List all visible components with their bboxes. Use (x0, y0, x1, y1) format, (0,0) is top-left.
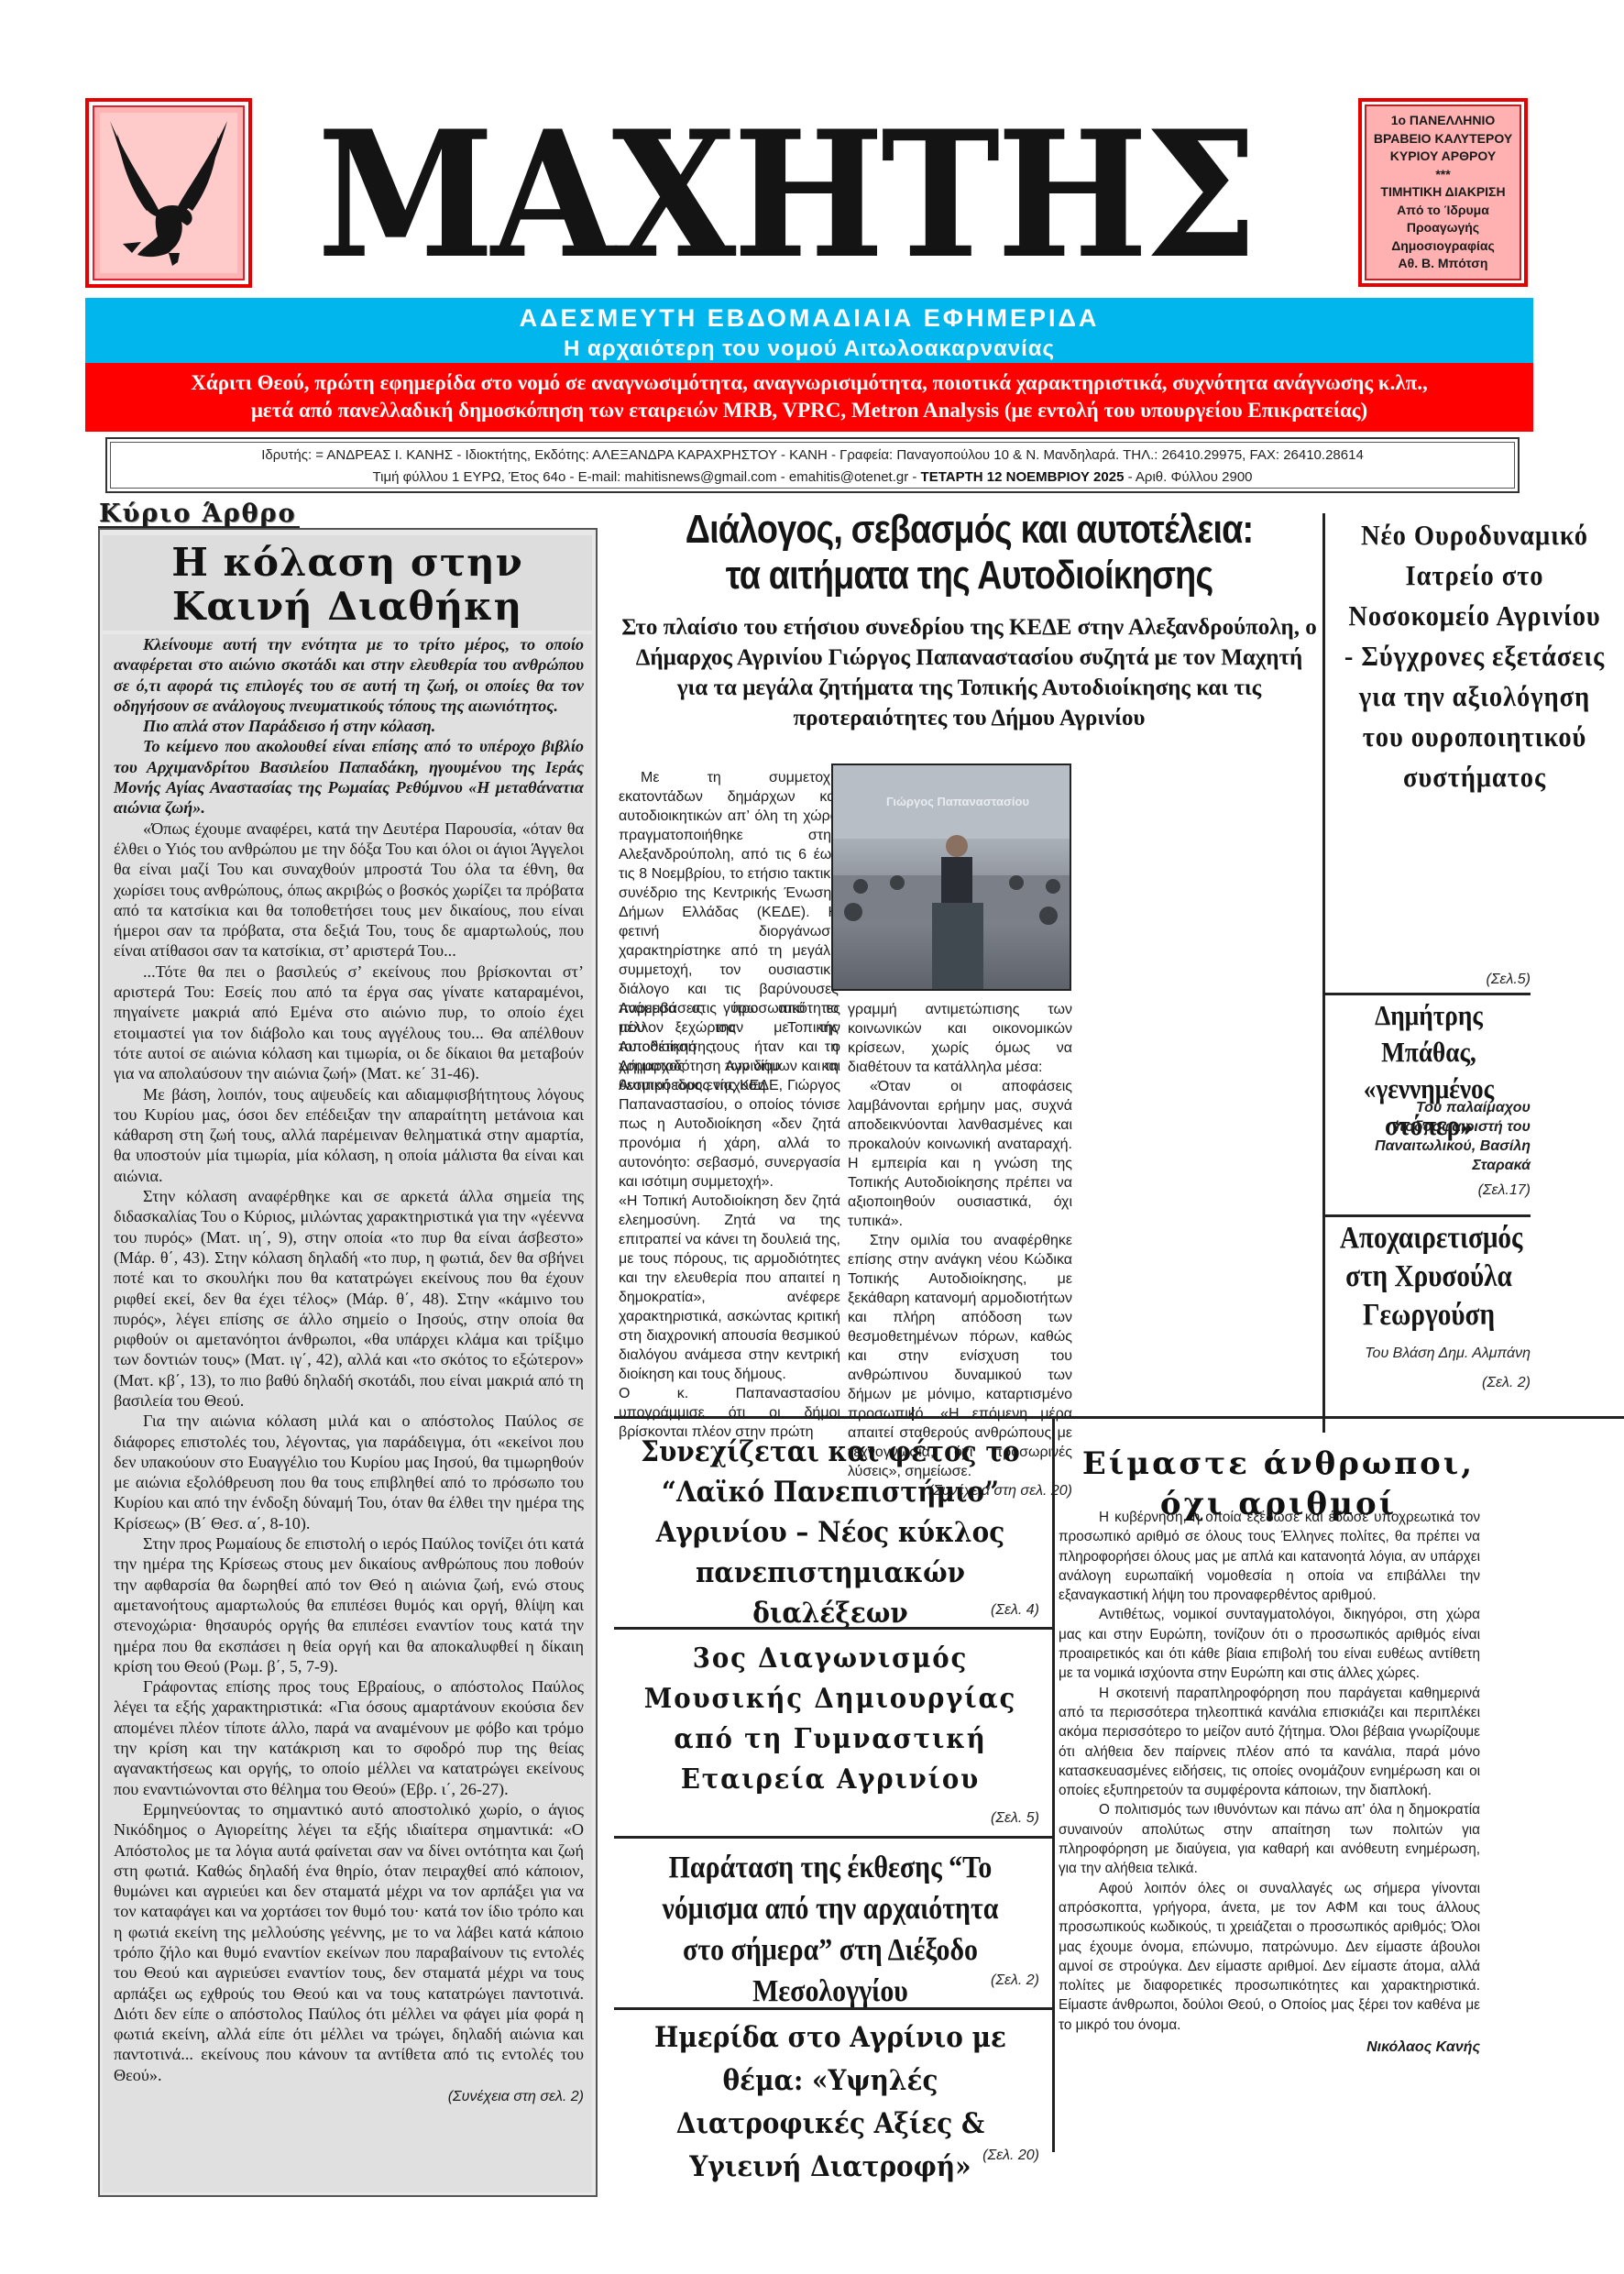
award-line: ΤΙΜΗΤΙΚΗ ΔΙΑΚΡΙΣΗ (1370, 183, 1516, 202)
teaser-headline-urology[interactable]: Νέο Ουροδυναμικό Ιατρείο στο Νοσοκομείο … (1343, 515, 1608, 797)
column-divider (1052, 1419, 1055, 2152)
tagline-band: ΑΔΕΣΜΕΥΤΗ ΕΒΔΟΜΑΔΙΑΙΑ ΕΦΗΜΕΡΙΔΑ Η αρχαιό… (85, 298, 1533, 368)
logo (85, 98, 252, 288)
editorial-paragraph: Στην κόλαση αναφέρθηκε και σε αρκετά άλλ… (114, 1186, 584, 1411)
editorial-intro: Κλείνουμε αυτή την ενότητα με το τρίτο μ… (114, 634, 584, 716)
red-banner: Χάριτι Θεού, πρώτη εφημερίδα στο νομό σε… (85, 363, 1533, 432)
lead-column-2: γραμμή αντιμετώπισης των κοινωνικών και … (848, 1000, 1072, 1500)
lead-subheadline: Στο πλαίσιο του ετήσιου συνεδρίου της ΚΕ… (619, 612, 1320, 733)
award-line: ΚΥΡΙΟΥ ΑΡΘΡΟΥ (1370, 148, 1516, 166)
info-line-1: Ιδρυτής: = ΑΝΔΡΕΑΣ Ι. ΚΑΝΗΣ - Ιδιοκτήτης… (107, 445, 1518, 467)
story-headline-music-contest[interactable]: 3ος Διαγωνισμός Μουσικής Δημιουργίας από… (633, 1639, 1028, 1800)
story-divider (614, 2007, 1052, 2010)
red-banner-line-1: Χάριτι Θεού, πρώτη εφημερίδα στο νομό σε… (85, 369, 1533, 397)
award-line: Προαγωγής (1370, 219, 1516, 237)
teaser-headline-farewell[interactable]: Αποχαιρετισμός στη Χρυσούλα Γεωργούση (1340, 1219, 1518, 1335)
lead-paragraph: «Όταν οι αποφάσεις λαμβάνονται ερήμην μα… (848, 1077, 1072, 1231)
teaser-divider (1325, 1214, 1531, 1217)
lead-column-1-bottom: Ανάμεσα στις προσωπικότητες που ξεχώρισα… (619, 999, 840, 1442)
award-line: 1ο ΠΑΝΕΛΛΗΝΙΟ (1370, 112, 1516, 130)
award-line: ΒΡΑΒΕΙΟ ΚΑΛΥΤΕΡΟΥ (1370, 130, 1516, 148)
opinion-paragraph: Αντιθέτως, νομικοί συνταγματολόγοι, δικη… (1059, 1605, 1480, 1683)
publication-info: Ιδρυτής: = ΑΝΔΡΕΑΣ Ι. ΚΑΝΗΣ - Ιδιοκτήτης… (105, 437, 1520, 493)
page-ref[interactable]: (Σελ. 2) (616, 1972, 1039, 1989)
editorial-paragraph: Με βάση, λοιπόν, τους αψευδείς και αδιαμ… (114, 1084, 584, 1186)
page-ref[interactable]: (Σελ. 5) (616, 1810, 1039, 1827)
editorial-paragraph: «Όπως έχουμε αναφέρει, κατά την Δευτέρα … (114, 818, 584, 961)
info-contacts: Τιμή φύλλου 1 ΕΥΡΩ, Έτος 64ο - E-mail: m… (373, 469, 921, 485)
opinion-paragraph: Αφού λοιπόν όλες οι συναλλαγές ως σήμερα… (1059, 1879, 1480, 2035)
section-divider (614, 1416, 1624, 1419)
column-divider (1322, 513, 1325, 1433)
award-text: 1ο ΠΑΝΕΛΛΗΝΙΟΒΡΑΒΕΙΟ ΚΑΛΥΤΕΡΟΥΚΥΡΙΟΥ ΑΡΘ… (1365, 104, 1521, 280)
lead-paragraph: «Η Τοπική Αυτοδιοίκηση δεν ζητά ελεημοσύ… (619, 1192, 840, 1384)
photo-overlay-text: Γιώργος Παπαναστασίου (886, 795, 1030, 808)
tagline: ΑΔΕΣΜΕΥΤΗ ΕΒΔΟΜΑΔΙΑΙΑ ΕΦΗΜΕΡΙΔΑ (85, 298, 1533, 335)
editorial-paragraph: Για την αιώνια κόλαση μιλά και ο απόστολ… (114, 1411, 584, 1533)
page-ref[interactable]: (Σελ.17) (1331, 1182, 1531, 1199)
editorial-paragraph: Στην προς Ρωμαίους δε επιστολή ο ιερός Π… (114, 1533, 584, 1676)
opinion-paragraph: Η σκοτεινή παραπληροφόρηση που παράγεται… (1059, 1684, 1480, 1801)
page-ref[interactable]: (Σελ. 20) (616, 2148, 1039, 2164)
issue-number: - Αριθ. Φύλλου 2900 (1124, 469, 1252, 485)
award-line: Από το Ίδρυμα (1370, 202, 1516, 220)
teaser-divider (1325, 993, 1531, 995)
section-label: Κύριο Άρθρο (99, 500, 297, 528)
award-line: Αθ. Β. Μπότση (1370, 255, 1516, 273)
continued-link[interactable]: (Συνέχεια στη σελ. 2) (114, 2085, 584, 2107)
editorial-paragraph: Ερμηνεύοντας το σημαντικό αυτό αποστολικ… (114, 1799, 584, 2085)
story-divider (614, 1627, 1052, 1630)
award-line: Δημοσιογραφίας (1370, 237, 1516, 256)
opinion-paragraph: Η κυβέρνηση, η οποία εξέδωσε και έδωσε υ… (1059, 1508, 1480, 1605)
editorial-paragraph: Γράφοντας επίσης προς τους Εβραίους, ο α… (114, 1676, 584, 1799)
red-banner-line-2: μετά από πανελλαδική δημοσκόπηση των ετα… (85, 397, 1533, 424)
conference-photo: Γιώργος Παπαναστασίου (831, 763, 1071, 991)
lead-paragraph: Ανάμεσα στις προσωπικότητες που ξεχώρισα… (619, 999, 840, 1192)
editorial-title: Η κόλαση στην Καινή Διαθήκη (103, 535, 592, 631)
subtagline: Η αρχαιότερη του νομού Αιτωλοακαρνανίας (85, 335, 1533, 364)
lead-headline[interactable]: Διάλογος, σεβασμός και αυτοτέλεια: τα αι… (668, 507, 1271, 599)
story-divider (614, 1836, 1052, 1839)
teaser-byline: Του παλαίμαχου ποδοσφαιριστή του Παναιτω… (1338, 1098, 1531, 1175)
editorial-body: Κλείνουμε αυτή την ενότητα με το τρίτο μ… (103, 634, 592, 2192)
page-ref[interactable]: (Σελ. 4) (616, 1602, 1039, 1619)
teaser-byline: Του Βλάση Δημ. Αλμπάνη (1320, 1346, 1531, 1362)
editorial-intro: Πιο απλά στον Παράδεισο ή στην κόλαση. (114, 716, 584, 736)
issue-date: ΤΕΤΑΡΤΗ 12 ΝΟΕΜΒΡΙΟΥ 2025 (921, 469, 1125, 485)
editorial-paragraph: ...Τότε θα πει ο βασιλεύς σ’ εκείνους πο… (114, 961, 584, 1084)
divider-tick (912, 1407, 914, 1421)
page-ref[interactable]: (Σελ.5) (1331, 972, 1531, 988)
opinion-body: Η κυβέρνηση, η οποία εξέδωσε και έδωσε υ… (1059, 1508, 1480, 2057)
page-ref[interactable]: (Σελ. 2) (1331, 1375, 1531, 1391)
info-line-2: Τιμή φύλλου 1 ΕΥΡΩ, Έτος 64ο - E-mail: m… (107, 467, 1518, 489)
newspaper-title: ΜΑΧΗΤΗΣ (312, 101, 1260, 289)
award-box: 1ο ΠΑΝΕΛΛΗΝΙΟΒΡΑΒΕΙΟ ΚΑΛΥΤΕΡΟΥΚΥΡΙΟΥ ΑΡΘ… (1358, 98, 1528, 287)
opinion-author: Νικόλαος Κανής (1059, 2035, 1480, 2057)
editorial-intro: Το κείμενο που ακολουθεί είναι επίσης απ… (114, 736, 584, 818)
award-line: *** (1370, 166, 1516, 184)
lead-paragraph: γραμμή αντιμετώπισης των κοινωνικών και … (848, 1000, 1072, 1077)
eagle-icon (100, 113, 237, 273)
opinion-paragraph: Ο πολιτισμός των ιθυνόντων και πάνω απ' … (1059, 1800, 1480, 1878)
